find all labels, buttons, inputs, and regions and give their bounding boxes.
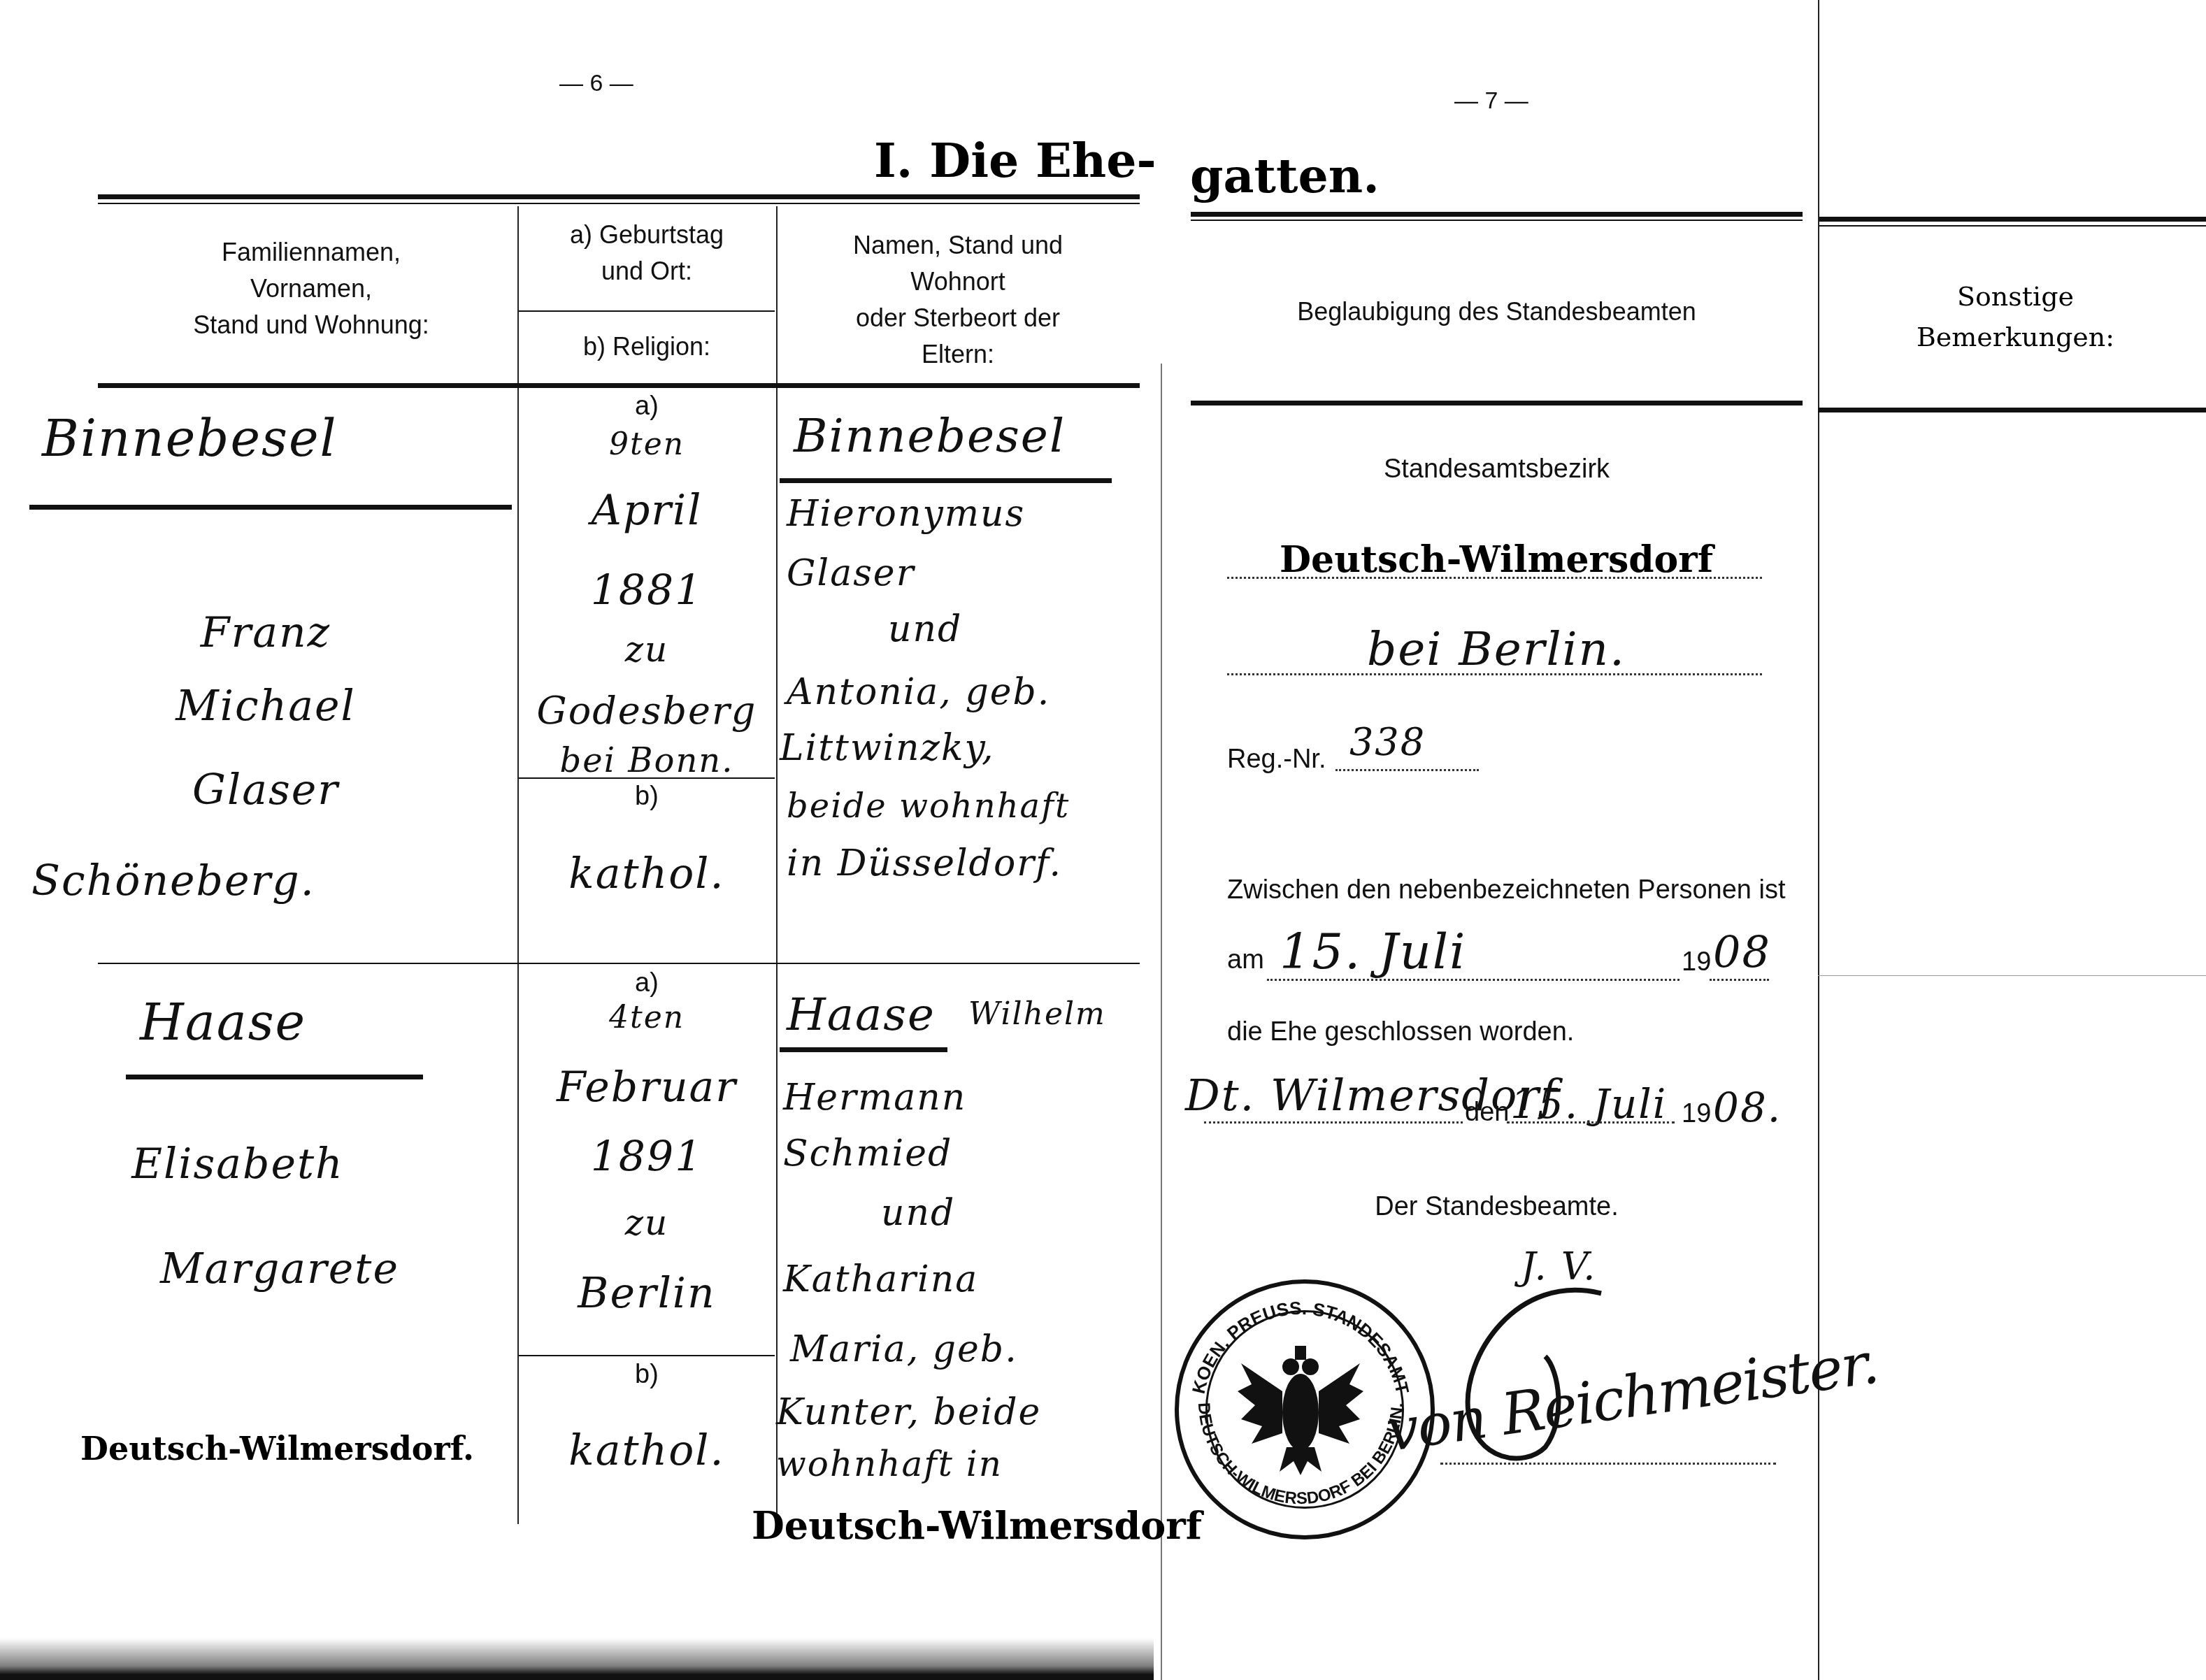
spouse-1-label-b: b): [519, 782, 775, 812]
top-rule-right: [1191, 212, 1803, 217]
column-header-remarks: Sonstige Bemerkungen:: [1825, 276, 2206, 357]
den-label: den: [1465, 1098, 1509, 1128]
spouse-1-label-a: a): [519, 392, 775, 422]
year-dotline: [1710, 979, 1769, 981]
spouse-2-label-a: a): [519, 968, 775, 998]
col-divider-2: [776, 206, 778, 1524]
spouse-2-surname: Haase: [140, 993, 306, 1051]
spouse-1-birth-month: April: [519, 486, 775, 535]
spouse-1-parents-line-3: und: [888, 608, 962, 650]
header-rule-right: [1191, 401, 1803, 405]
spouse-2-given-1: Elisabeth: [70, 1140, 406, 1189]
top-rule-remarks: [1818, 217, 2206, 222]
spouse-1-parents-line-2: Glaser: [787, 552, 915, 594]
am-label: am: [1227, 945, 1264, 975]
remarks-row-divider: [1818, 975, 2206, 976]
marriage-date-dotline: [1267, 979, 1679, 981]
page-number-right: — 7 —: [1454, 87, 1528, 115]
spouse-1-occupation: Glaser: [70, 766, 461, 814]
spouse-1-birth-divider: [519, 777, 775, 779]
year-suffix: 08: [1713, 926, 1771, 977]
spouse-2-birth-divider: [519, 1355, 775, 1356]
district-name: Deutsch-Wilmersdorf: [1224, 538, 1769, 581]
spouse-2-surname-underline: [126, 1075, 423, 1079]
page-fold: [1161, 364, 1162, 1680]
spouse-2-given-2: Margarete: [84, 1244, 475, 1293]
column-header-parents: Namen, Stand und Wohnort oder Sterbeort …: [778, 227, 1138, 373]
signed-year-suffix: 08.: [1713, 1084, 1782, 1131]
spouse-2-parents-stamp: Deutsch-Wilmersdorf: [752, 1503, 1202, 1548]
spouse-1-religion: kathol.: [519, 849, 775, 898]
spouse-1-parents-line-5: Littwinzky,: [780, 727, 995, 769]
spouse-1-surname: Binnebesel: [42, 409, 338, 468]
spouse-2-residence: Deutsch-Wilmersdorf.: [80, 1430, 474, 1467]
spouse-2-birth-zu: zu: [519, 1202, 775, 1243]
spouse-2-birth-day: 4ten: [519, 1000, 775, 1035]
remarks-divider: [1818, 0, 1819, 1680]
district-name-2: bei Berlin.: [1224, 622, 1769, 676]
column-header-names: Familiennamen, Vornamen, Stand und Wohnu…: [112, 234, 510, 343]
row-divider: [98, 963, 1140, 964]
spouse-2-parents-line-3: und: [881, 1192, 955, 1234]
officer-label: Der Standesbeamte.: [1191, 1192, 1803, 1222]
signed-year-prefix: 19: [1682, 1099, 1711, 1129]
spouse-1-birth-year: 1881: [519, 566, 775, 615]
spouse-2-parents-surname-extra: Wilhelm: [968, 996, 1106, 1032]
spouse-1-residence: Schöneberg.: [31, 856, 315, 905]
spouse-2-parents-line-7: wohnhaft in: [776, 1444, 1003, 1484]
column-header-birth: a) Geburtstag und Ort:: [519, 217, 775, 289]
page-number-left: — 6 —: [559, 70, 633, 97]
signature-dotline: [1440, 1463, 1776, 1465]
place-dotline: [1204, 1121, 1463, 1123]
signed-date-dotline: [1507, 1121, 1675, 1123]
spouse-2-parents-underline: [780, 1047, 947, 1052]
top-rule-remarks-thin: [1818, 225, 2206, 227]
year-prefix: 19: [1682, 947, 1711, 977]
column-header-certification: Beglaubigung des Standesbeamten: [1191, 294, 1803, 330]
reg-number: 338: [1349, 720, 1426, 764]
statement-2: die Ehe geschlossen worden.: [1227, 1017, 1574, 1047]
marriage-date: 15. Juli: [1280, 923, 1467, 980]
reg-label: Reg.-Nr.: [1227, 745, 1326, 775]
statement-1: Zwischen den nebenbezeichneten Personen …: [1227, 875, 1786, 905]
spouse-2-label-b: b): [519, 1360, 775, 1390]
signed-date: 15. Juli: [1510, 1080, 1667, 1128]
column-header-religion: b) Religion:: [519, 329, 775, 365]
spouse-2-parents-surname: Haase: [787, 989, 936, 1041]
district-label: Standesamtsbezirk: [1191, 454, 1803, 484]
header-rule-remarks: [1818, 408, 2206, 412]
spouse-2-parents-line-5: Maria, geb.: [790, 1328, 1018, 1370]
spouse-1-parents-line-7: in Düsseldorf.: [787, 842, 1062, 884]
scan-artifact: [0, 1638, 1154, 1680]
spouse-1-parents-underline: [780, 478, 1112, 483]
top-rule-left-thin: [98, 203, 1140, 204]
spouse-1-parents-surname: Binnebesel: [794, 409, 1066, 463]
spouse-1-surname-underline: [29, 505, 512, 510]
top-rule-left: [98, 194, 1140, 199]
spouse-2-birth-month: Februar: [519, 1063, 775, 1112]
birth-header-divider: [519, 310, 775, 312]
spouse-2-birth-year: 1891: [519, 1133, 775, 1182]
spouse-1-parents-line-6: beide wohnhaft: [787, 787, 1070, 826]
spouse-1-given-2: Michael: [70, 682, 461, 731]
spouse-1-birth-place: Godesberg: [519, 689, 775, 733]
spouse-2-birth-place: Berlin: [519, 1269, 775, 1318]
title-right: gatten.: [1190, 148, 1380, 204]
spouse-1-given-1: Franz: [70, 608, 461, 657]
header-rule-left: [98, 383, 1140, 388]
reg-dotline: [1335, 769, 1479, 771]
spouse-2-parents-line-1: Hermann: [783, 1077, 966, 1119]
spouse-2-parents-line-4: Katharina: [783, 1258, 978, 1300]
spouse-1-birth-day: 9ten: [519, 426, 775, 462]
spouse-1-parents-line-4: Antonia, geb.: [787, 671, 1050, 713]
top-rule-right-thin: [1191, 220, 1803, 221]
district-2-dotline: [1227, 673, 1762, 675]
district-dotline: [1227, 577, 1762, 579]
eagle-icon: [1238, 1346, 1363, 1475]
spouse-2-parents-line-6: Kunter, beide: [776, 1391, 1041, 1433]
spouse-1-parents-line-1: Hieronymus: [787, 493, 1025, 535]
spouse-2-parents-line-2: Schmied: [783, 1133, 952, 1175]
spouse-2-religion: kathol.: [519, 1426, 775, 1475]
spouse-1-birth-zu: zu: [519, 629, 775, 670]
spouse-1-birth-place-2: bei Bonn.: [519, 741, 775, 780]
title-left: I. Die Ehe-: [874, 133, 1156, 189]
